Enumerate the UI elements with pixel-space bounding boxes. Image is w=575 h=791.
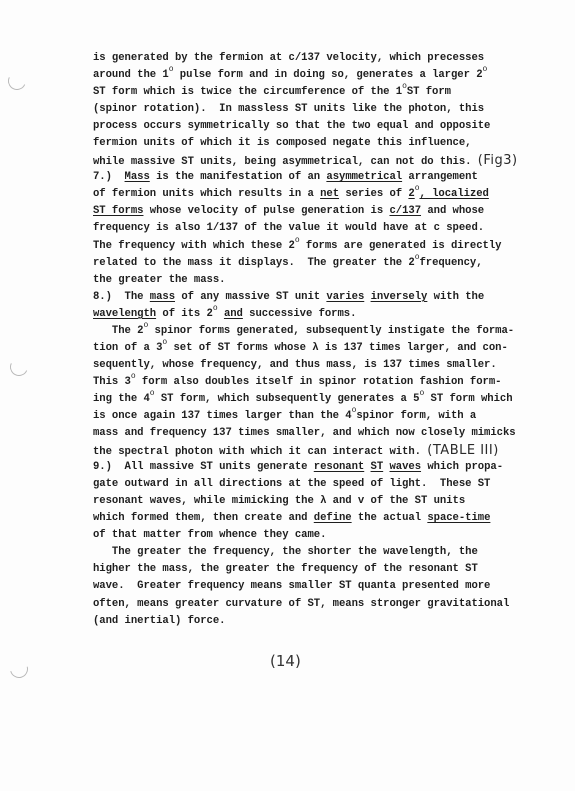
text-run: is generated by the fermion at c/137 vel… xyxy=(93,52,484,64)
text-line: The 2o spinor forms generated, subsequen… xyxy=(93,323,543,340)
text-run: related to the mass it displays. The gre… xyxy=(93,257,415,269)
text-run: spinor form, with a xyxy=(356,410,476,422)
text-line: This 3o form also doubles itself in spin… xyxy=(93,374,543,391)
underlined-term: Mass xyxy=(125,171,150,183)
text-run: This 3 xyxy=(93,376,131,388)
text-run: (spinor rotation). In massless ST units … xyxy=(93,103,484,115)
text-line: which formed them, then create and defin… xyxy=(93,510,543,527)
text-run: gate outward in all directions at the sp… xyxy=(93,478,490,490)
text-run: often, means greater curvature of ST, me… xyxy=(93,598,509,610)
text-line: 7.) Mass is the manifestation of an asym… xyxy=(93,169,543,186)
text-run: and whose xyxy=(421,205,484,217)
text-run: whose velocity of pulse generation is xyxy=(143,205,389,217)
text-line: while massive ST units, being asymmetric… xyxy=(93,152,543,169)
text-run: resonant waves, while mimicking the λ an… xyxy=(93,495,465,507)
underlined-term: varies xyxy=(326,291,364,303)
text-line: gate outward in all directions at the sp… xyxy=(93,476,543,493)
text-line: The frequency with which these 2o forms … xyxy=(93,238,543,255)
text-line: the greater the mass. xyxy=(93,272,543,289)
underlined-term: mass xyxy=(150,291,175,303)
underlined-term: and xyxy=(224,308,243,320)
text-run: ST form xyxy=(407,86,451,98)
text-run: mass and frequency 137 times smaller, an… xyxy=(93,427,516,439)
underlined-term: resonant xyxy=(314,461,364,473)
document-page: is generated by the fermion at c/137 vel… xyxy=(0,0,575,791)
underlined-term: , localized xyxy=(419,188,488,200)
text-run: is once again 137 times larger than the … xyxy=(93,410,352,422)
underlined-term: asymmetrical xyxy=(326,171,402,183)
text-line: ST forms whose velocity of pulse generat… xyxy=(93,203,543,220)
text-run: higher the mass, the greater the frequen… xyxy=(93,563,478,575)
underlined-term: ST forms xyxy=(93,205,143,217)
underlined-term: inversely xyxy=(371,291,428,303)
text-run: pulse form and in doing so, generates a … xyxy=(173,69,482,81)
text-run: (and inertial) force. xyxy=(93,615,225,627)
text-run: is the manifestation of an xyxy=(150,171,327,183)
text-run: 8.) The xyxy=(93,291,150,303)
text-run: set of ST forms whose λ is 137 times lar… xyxy=(167,342,508,354)
text-line: sequently, whose frequency, and thus mas… xyxy=(93,357,543,374)
underlined-term: define xyxy=(314,512,352,524)
text-run: which propa- xyxy=(421,461,503,473)
handwritten-annotation: (TABLE III) xyxy=(427,443,498,458)
text-line: (spinor rotation). In massless ST units … xyxy=(93,101,543,118)
text-run: around the 1 xyxy=(93,69,169,81)
text-line: is once again 137 times larger than the … xyxy=(93,408,543,425)
text-line: resonant waves, while mimicking the λ an… xyxy=(93,493,543,510)
text-run: with the xyxy=(427,291,484,303)
punch-hole-mark xyxy=(5,69,28,92)
text-run: forms are generated is directly xyxy=(300,240,502,252)
text-run: ing the 4 xyxy=(93,393,150,405)
text-line: of that matter from whence they came. xyxy=(93,527,543,544)
text-run: frequency, xyxy=(419,257,482,269)
text-run: the spectral photon with which it can in… xyxy=(93,446,427,458)
text-run: series of xyxy=(339,188,408,200)
text-run: The frequency with which these 2 xyxy=(93,240,295,252)
typewritten-body-text: is generated by the fermion at c/137 vel… xyxy=(93,50,543,630)
text-run: 7.) xyxy=(93,171,125,183)
handwritten-annotation: (Fig3) xyxy=(478,153,518,168)
page-number: (14) xyxy=(270,652,301,670)
text-run: ST form, which subsequently generates a … xyxy=(155,393,420,405)
text-run: form also doubles itself in spinor rotat… xyxy=(136,376,502,388)
text-run: sequently, whose frequency, and thus mas… xyxy=(93,359,497,371)
punch-hole-mark xyxy=(7,657,32,682)
text-line: ing the 4o ST form, which subsequently g… xyxy=(93,391,543,408)
underlined-term: c/137 xyxy=(389,205,421,217)
text-run: fermion units of which it is composed ne… xyxy=(93,137,471,149)
text-line: (and inertial) force. xyxy=(93,613,543,630)
text-run: successive forms. xyxy=(243,308,357,320)
text-line: around the 1o pulse form and in doing so… xyxy=(93,67,543,84)
text-line: is generated by the fermion at c/137 vel… xyxy=(93,50,543,67)
text-line: fermion units of which it is composed ne… xyxy=(93,135,543,152)
text-run: while massive ST units, being asymmetric… xyxy=(93,156,478,168)
text-line: process occurs symmetrically so that the… xyxy=(93,118,543,135)
text-run: wave. Greater frequency means smaller ST… xyxy=(93,580,490,592)
text-run: tion of a 3 xyxy=(93,342,162,354)
text-line: 9.) All massive ST units generate resona… xyxy=(93,459,543,476)
text-line: often, means greater curvature of ST, me… xyxy=(93,596,543,613)
text-line: higher the mass, the greater the frequen… xyxy=(93,561,543,578)
text-run: the greater the mass. xyxy=(93,274,225,286)
text-line: tion of a 3o set of ST forms whose λ is … xyxy=(93,340,543,357)
text-run: frequency is also 1/137 of the value it … xyxy=(93,222,484,234)
underlined-term: waves xyxy=(389,461,421,473)
text-line: 8.) The mass of any massive ST unit vari… xyxy=(93,289,543,306)
text-run: ST form which is twice the circumference… xyxy=(93,86,402,98)
underlined-term: ST xyxy=(371,461,384,473)
text-line: ST form which is twice the circumference… xyxy=(93,84,543,101)
text-run: of any massive ST unit xyxy=(175,291,326,303)
degree-superscript: o xyxy=(483,65,488,74)
text-line: of fermion units which results in a net … xyxy=(93,186,543,203)
text-run: of that matter from whence they came. xyxy=(93,529,326,541)
text-line: wavelength of its 2o and successive form… xyxy=(93,306,543,323)
text-run: arrangement xyxy=(402,171,478,183)
text-run: process occurs symmetrically so that the… xyxy=(93,120,490,132)
underlined-term: wavelength xyxy=(93,308,156,320)
text-run: ST form which xyxy=(424,393,512,405)
text-run: of fermion units which results in a xyxy=(93,188,320,200)
text-line: mass and frequency 137 times smaller, an… xyxy=(93,425,543,442)
text-line: wave. Greater frequency means smaller ST… xyxy=(93,578,543,595)
text-run: which formed them, then create and xyxy=(93,512,314,524)
punch-hole-mark xyxy=(7,355,30,378)
text-run: The greater the frequency, the shorter t… xyxy=(93,546,478,558)
text-line: The greater the frequency, the shorter t… xyxy=(93,544,543,561)
text-run: The 2 xyxy=(93,325,143,337)
text-run: the actual xyxy=(352,512,428,524)
underlined-term: net xyxy=(320,188,339,200)
text-run: spinor forms generated, subsequently ins… xyxy=(148,325,514,337)
text-run: of its 2 xyxy=(156,308,213,320)
underlined-term: space-time xyxy=(427,512,490,524)
text-line: frequency is also 1/137 of the value it … xyxy=(93,220,543,237)
text-line: related to the mass it displays. The gre… xyxy=(93,255,543,272)
text-line: the spectral photon with which it can in… xyxy=(93,442,543,459)
text-run: 9.) All massive ST units generate xyxy=(93,461,314,473)
